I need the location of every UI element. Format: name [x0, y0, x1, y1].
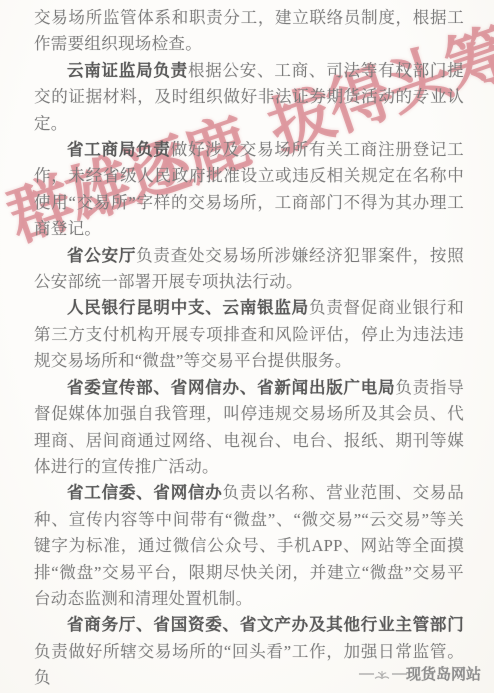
paragraph: 省委宣传部、省网信办、省新闻出版广电局负责指导督促媒体加强自我管理，叫停违规交易…	[34, 375, 464, 481]
department-lead: 省委宣传部、省网信办、省新闻出版广电局	[67, 378, 395, 397]
source-footer: — — 现货岛网站	[359, 663, 481, 684]
paragraph-body: 交易场所监管体系和职责分工，建立联络员制度，根据工作需要组织现场检查。	[34, 8, 464, 53]
paragraph: 交易场所监管体系和职责分工，建立联络员制度，根据工作需要组织现场检查。	[34, 5, 464, 58]
department-lead: 省公安厅	[67, 246, 136, 265]
paragraph: 省工信委、省网信办负责以名称、营业范围、交易品种、宣传内容等中间带有“微盘”、“…	[34, 480, 464, 612]
site-name: 现货岛网站	[406, 663, 481, 684]
document-body: 交易场所监管体系和职责分工，建立联络员制度，根据工作需要组织现场检查。 云南证监…	[0, 0, 494, 692]
scanned-document-page: 群雄逐鹿 拔得头筹 交易场所监管体系和职责分工，建立联络员制度，根据工作需要组织…	[0, 0, 494, 693]
footer-dash-left: —	[359, 665, 372, 682]
island-icon	[373, 667, 391, 681]
paragraph: 省工商局负责做好涉及交易场所有关工商注册登记工作，未经省级人民政府批准设立或违反…	[34, 137, 464, 243]
paragraph: 省公安厅负责查处交易场所涉嫌经济犯罪案件，按照公安部统一部署开展专项执法行动。	[34, 243, 464, 296]
department-lead: 云南证监局负责	[67, 61, 188, 80]
department-lead: 省工商局负责	[67, 140, 171, 159]
paragraph: 人民银行昆明中支、云南银监局负责督促商业银行和第三方支付机构开展专项排查和风险评…	[34, 295, 464, 374]
department-lead: 省工信委、省网信办	[67, 483, 223, 502]
department-lead: 人民银行昆明中支、云南银监局	[67, 298, 309, 317]
department-lead: 省商务厅、省国资委、省文产办及其他行业主管部门	[67, 615, 464, 634]
paragraph: 云南证监局负责根据公安、工商、司法等有权部门提交的证据材料，及时组织做好非法证券…	[34, 58, 464, 137]
footer-dash-right: —	[392, 665, 405, 682]
